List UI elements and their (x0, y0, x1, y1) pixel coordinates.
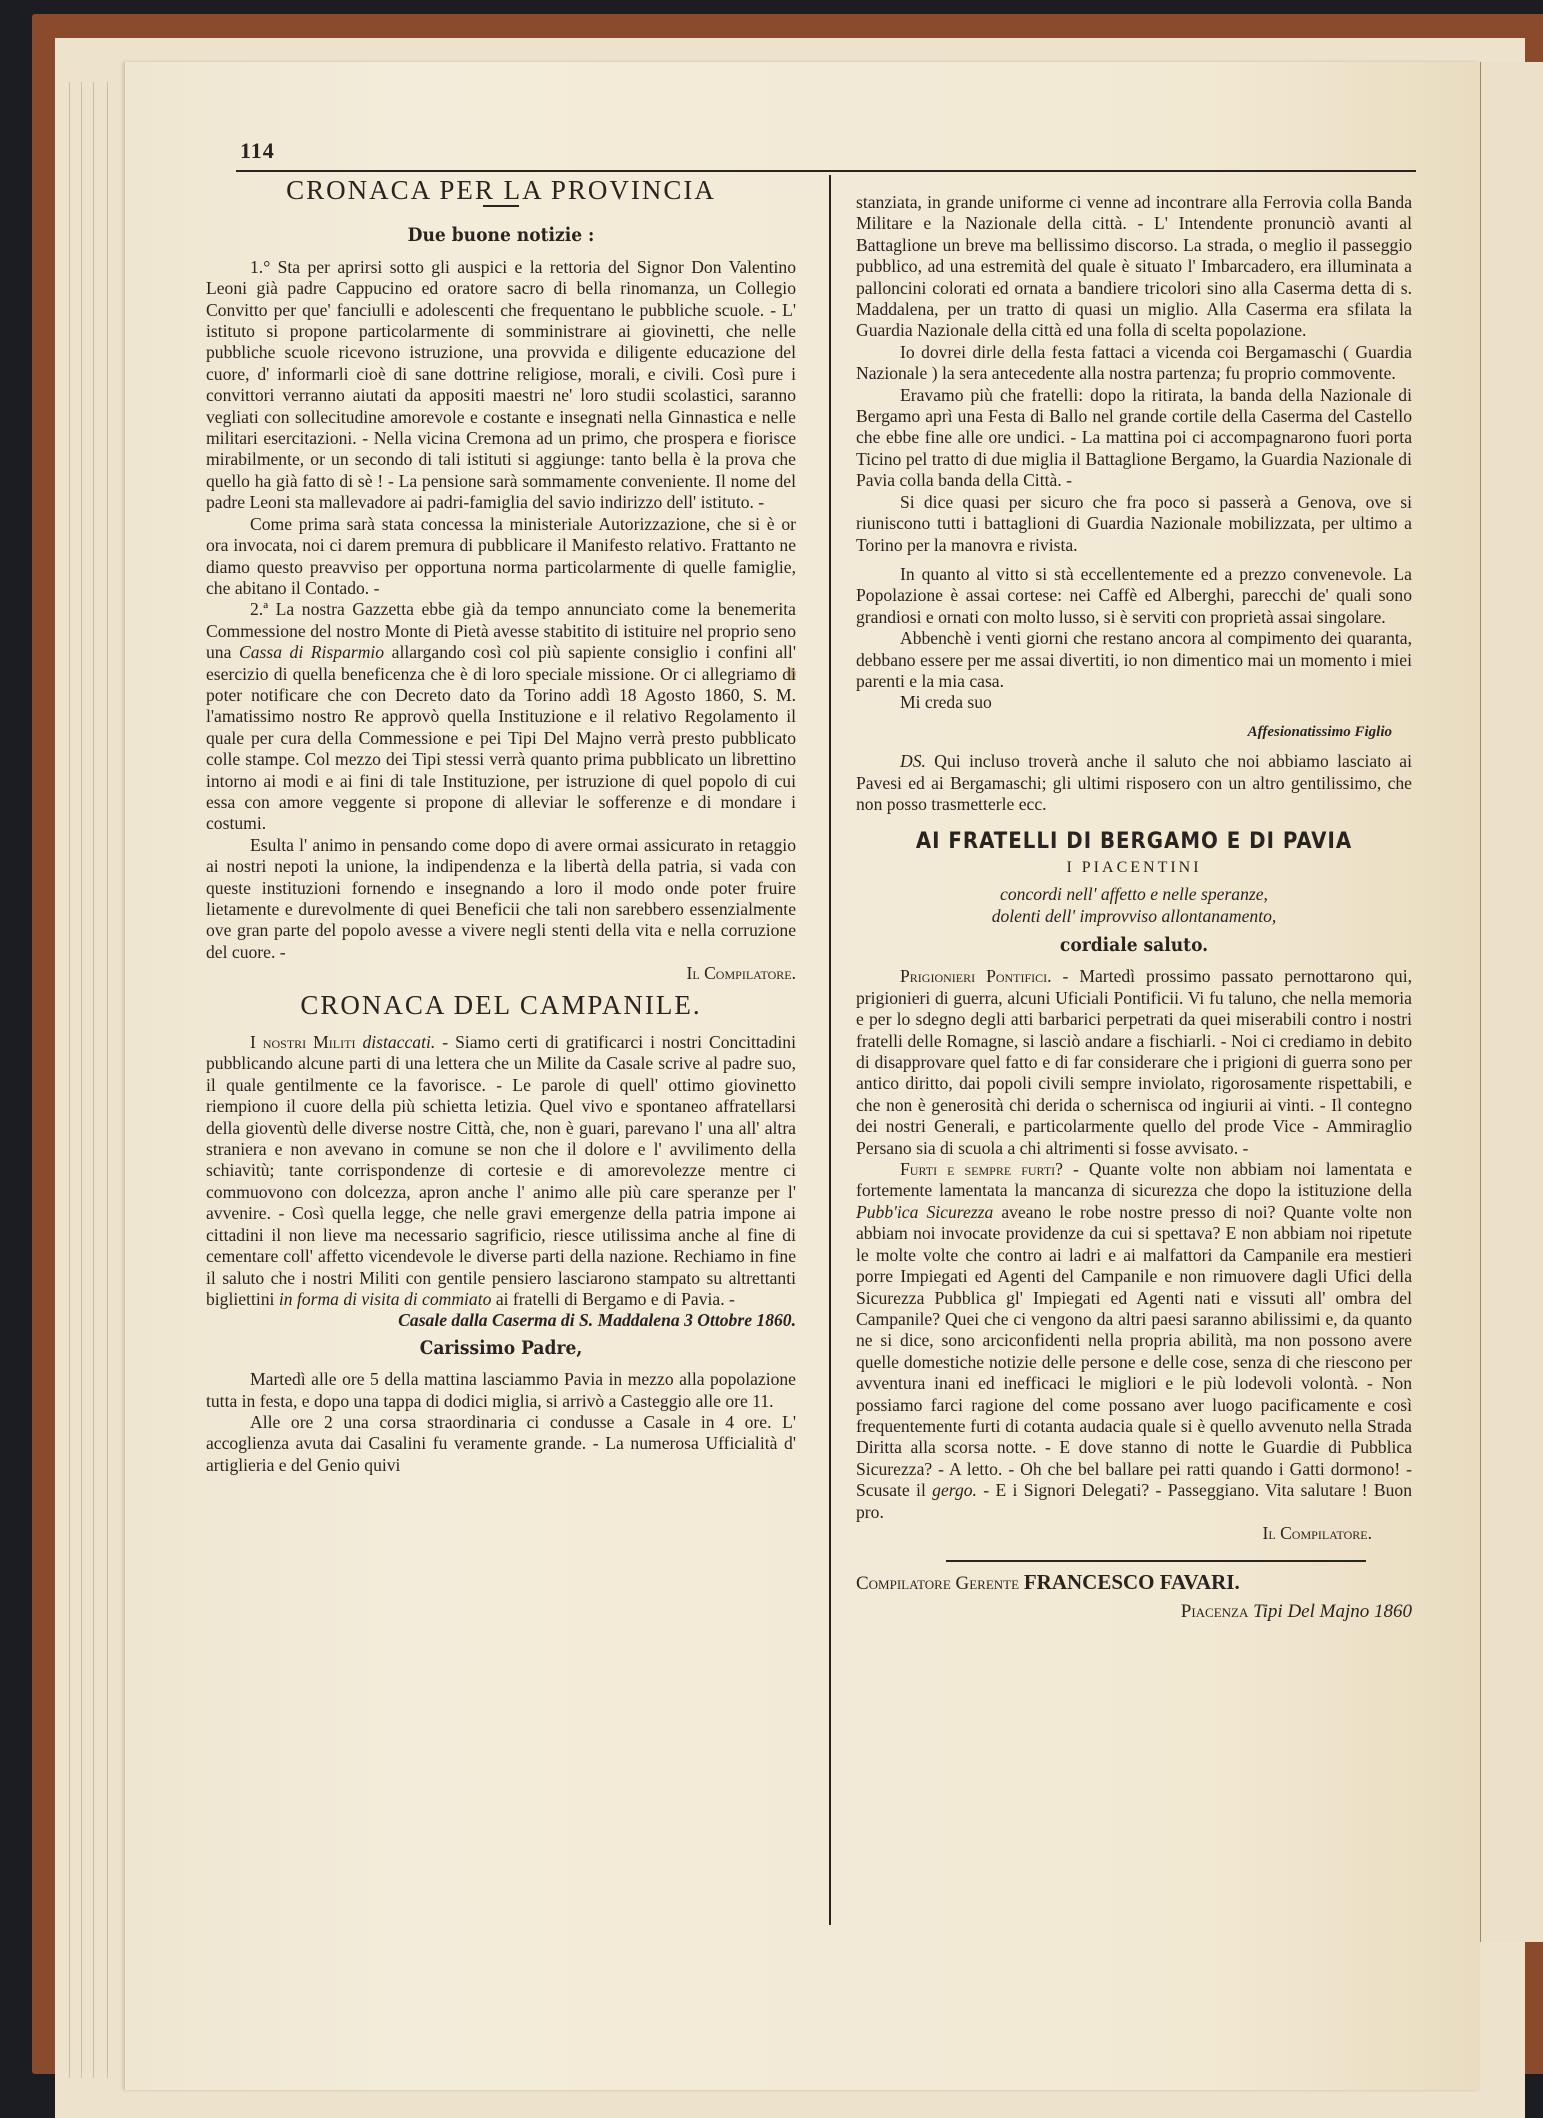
letter-salutation: Carissimo Padre, (206, 1338, 796, 1359)
greeting-heading: AI FRATELLI DI BERGAMO E DI PAVIA (856, 831, 1412, 852)
title-ornament (483, 205, 519, 207)
lead-caps: Prigionieri Pontifici. (900, 966, 1052, 986)
imprint: Piacenza Tipi Del Majno 1860 (856, 1601, 1412, 1622)
article-paragraph: 1.° Sta per aprirsi sotto gli auspici e … (206, 257, 796, 514)
article-paragraph: Prigionieri Pontifici. - Martedì prossim… (856, 966, 1412, 1159)
dateline: Casale dalla Caserma di S. Maddalena 3 O… (206, 1310, 796, 1331)
italic-term: distaccati. (362, 1032, 435, 1052)
italic-term: Cassa di Risparmio (239, 642, 384, 662)
adjacent-page-edge (1480, 62, 1543, 1942)
article-paragraph: Esulta l' animo in pensando come dopo di… (206, 835, 796, 963)
article-paragraph: 2.ª La nostra Gazzetta ebbe già da tempo… (206, 599, 796, 834)
letter-paragraph: stanziata, in grande uniforme ci venne a… (856, 192, 1412, 342)
letter-paragraph: Alle ore 2 una corsa straordinaria ci co… (206, 1412, 796, 1476)
text-run: Qui incluso troverà anche il saluto che … (856, 751, 1412, 814)
page-edge-line (107, 82, 108, 2078)
subtitle-due-notizie: Due buone notizie : (206, 225, 796, 246)
italic-term: Pubb'ica Sicurezza (856, 1202, 993, 1222)
letter-paragraph: Io dovrei dirle della festa fattaci a vi… (856, 342, 1412, 385)
article-paragraph: Come prima sarà stata concessa la minist… (206, 514, 796, 600)
article-paragraph: Furti e sempre furti? - Quante volte non… (856, 1159, 1412, 1523)
letter-paragraph: Mi creda suo (856, 692, 1412, 713)
imprint-year: 1860 (1374, 1601, 1412, 1622)
signature: Il Compilatore. (856, 1523, 1372, 1544)
page-number: 114 (240, 138, 275, 164)
imprint-printer: Tipi Del Majno (1253, 1601, 1369, 1622)
greeting-line: dolenti dell' improvviso allontanamento, (856, 906, 1412, 927)
text-run: ai fratelli di Bergamo e di Pavia. - (491, 1289, 734, 1309)
article-paragraph: I nostri Militi distaccati. - Siamo cert… (206, 1032, 796, 1310)
text-run: - Siamo certi di gratificarci i nostri C… (206, 1032, 796, 1309)
postscript: DS. Qui incluso troverà anche il saluto … (856, 751, 1412, 815)
publisher-line: Compilatore Gerente FRANCESCO FAVARI. (856, 1572, 1412, 1594)
letter-paragraph: Abbenchè i venti giorni che restano anco… (856, 628, 1412, 692)
section-title-campanile: CRONACA DEL CAMPANILE. (206, 995, 796, 1016)
greeting-line: concordi nell' affetto e nelle speranze, (856, 884, 1412, 905)
letter-paragraph: Martedì alle ore 5 della mattina lasciam… (206, 1369, 796, 1412)
publisher-label: Compilatore Gerente (856, 1573, 1019, 1594)
page-edge-line (81, 82, 82, 2078)
page-edge-line (93, 82, 94, 2078)
column-divider (829, 175, 831, 1925)
letter-paragraph: In quanto al vitto si stà eccellentement… (856, 564, 1412, 628)
italic-term: gergo. (932, 1480, 977, 1500)
page-edge-line (69, 82, 70, 2078)
section-title-provincia: CRONACA PER LA PROVINCIA (206, 180, 796, 201)
publisher-name: FRANCESCO FAVARI. (1024, 1570, 1240, 1594)
letter-paragraph: Eravamo più che fratelli: dopo la ritira… (856, 385, 1412, 492)
header-rule (236, 170, 1416, 172)
right-column: stanziata, in grande uniforme ci venne a… (856, 192, 1412, 1622)
ps-label: DS. (900, 751, 926, 771)
greeting-closing: cordiale saluto. (856, 935, 1412, 956)
greeting-from: I PIACENTINI (856, 857, 1412, 878)
signature: Il Compilatore. (206, 963, 796, 984)
italic-term: in forma di visita di commiato (279, 1289, 492, 1309)
text-run: - Martedì prossimo passato pernottarono … (856, 966, 1412, 1157)
footer-rule (946, 1560, 1366, 1562)
lead-caps: Furti e sempre furti? (900, 1159, 1063, 1179)
lead-caps: I nostri Militi (250, 1032, 355, 1052)
letter-closing: Affesionatissimo Figlio (856, 722, 1392, 743)
imprint-place: Piacenza (1181, 1601, 1249, 1622)
letter-paragraph: Si dice quasi per sicuro che fra poco si… (856, 492, 1412, 556)
text-run: aveano le robe nostre presso di noi? Qua… (856, 1202, 1412, 1500)
left-column: CRONACA PER LA PROVINCIA Due buone notiz… (206, 180, 796, 1476)
text-run: allargando così col più sapiente consigl… (206, 642, 796, 833)
